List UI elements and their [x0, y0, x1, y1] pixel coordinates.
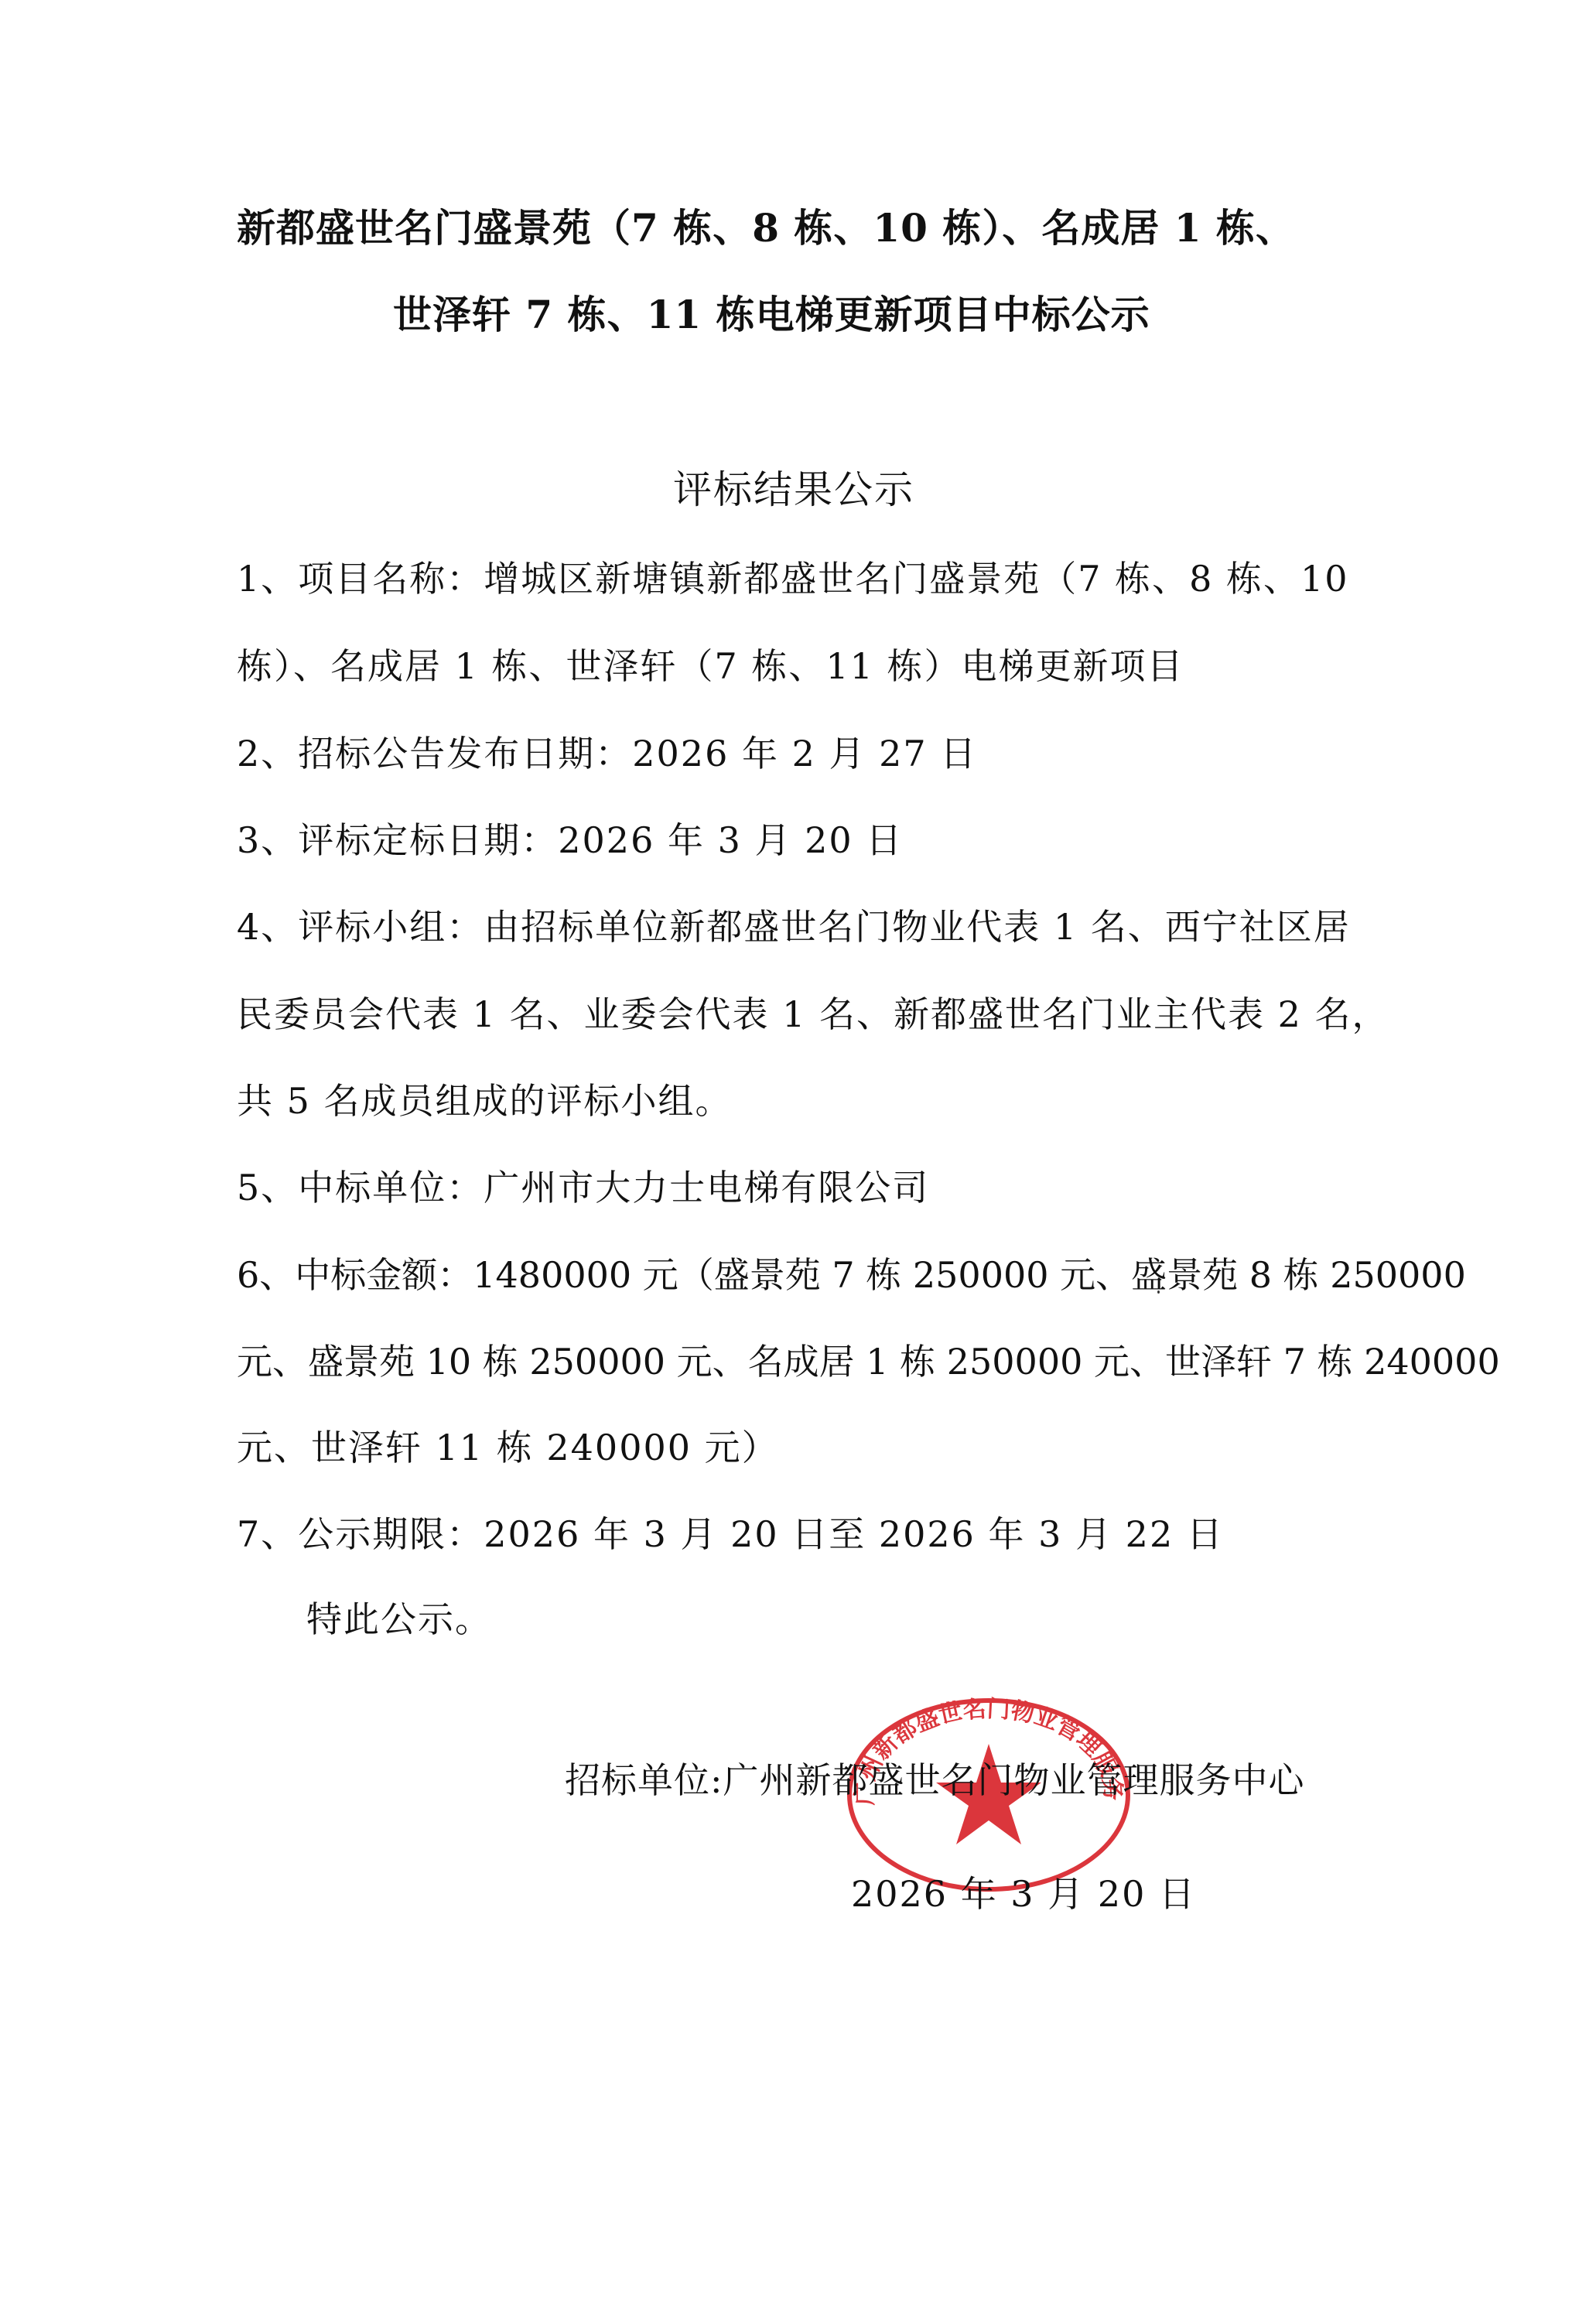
item-3-line-1: 3、评标定标日期：2026 年 3 月 20 日: [237, 822, 903, 858]
item-6-line-1: 6、中标金额：1480000 元（盛景苑 7 栋 250000 元、盛景苑 8 …: [237, 1257, 1466, 1293]
item-2-line-1: 2、招标公告发布日期：2026 年 2 月 27 日: [237, 736, 977, 771]
closing-statement: 特此公示。: [306, 1601, 492, 1637]
item-6-line-2: 元、盛景苑 10 栋 250000 元、名成居 1 栋 250000 元、世泽轩…: [237, 1344, 1500, 1379]
document-title-line-2: 世泽轩 7 栋、11 栋电梯更新项目中标公示: [393, 296, 1150, 334]
item-6-line-3: 元、世泽轩 11 栋 240000 元）: [237, 1430, 779, 1465]
section-subtitle: 评标结果公示: [673, 470, 914, 509]
item-4-line-3: 共 5 名成员组成的评标小组。: [237, 1083, 733, 1119]
item-5-line-1: 5、中标单位：广州市大力士电梯有限公司: [237, 1170, 929, 1205]
item-4-line-2: 民委员会代表 1 名、业委会代表 1 名、新都盛世名门业主代表 2 名，: [237, 996, 1389, 1032]
document-page: 新都盛世名门盛景苑（7 栋、8 栋、10 栋）、名成居 1 栋、 世泽轩 7 栋…: [0, 0, 1596, 2321]
issuing-organization: 招标单位:广州新都盛世名门物业管理服务中心: [565, 1762, 1305, 1798]
scan-artifact-dot: [1157, 1290, 1160, 1294]
item-7-line-1: 7、公示期限：2026 年 3 月 20 日至 2026 年 3 月 22 日: [237, 1516, 1224, 1552]
document-title-line-1: 新都盛世名门盛景苑（7 栋、8 栋、10 栋）、名成居 1 栋、: [237, 209, 1295, 248]
item-1-line-1: 1、项目名称：增城区新塘镇新都盛世名门盛景苑（7 栋、8 栋、10: [237, 561, 1328, 596]
item-4-line-1: 4、评标小组：由招标单位新都盛世名门物业代表 1 名、西宁社区居: [237, 909, 1351, 945]
issue-date: 2026 年 3 月 20 日: [851, 1876, 1196, 1912]
item-1-line-2: 栋）、名成居 1 栋、世泽轩（7 栋、11 栋）电梯更新项目: [237, 648, 1184, 684]
